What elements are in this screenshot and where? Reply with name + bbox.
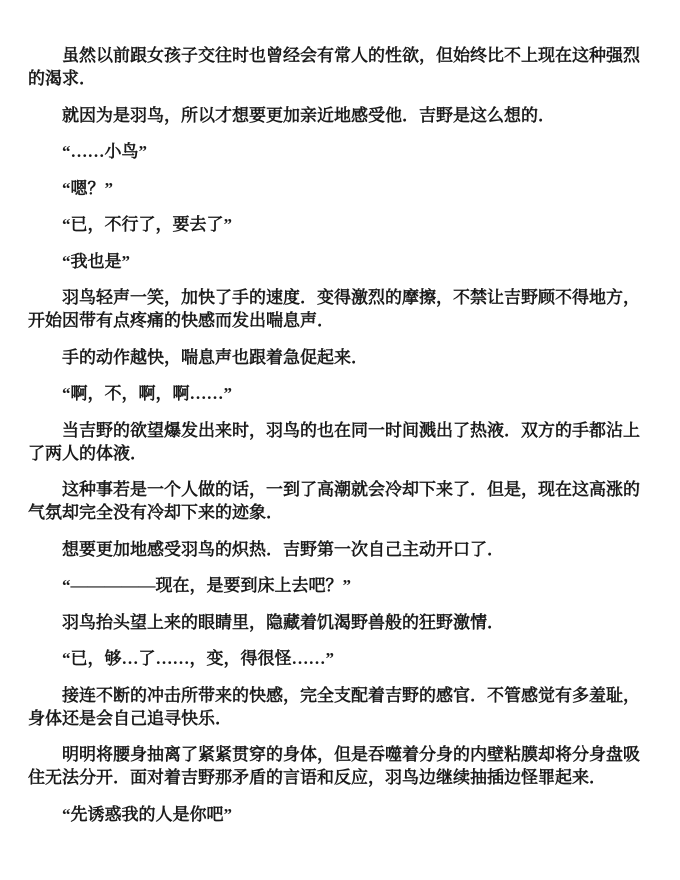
dialogue-line: “啊，不，啊，啊……” xyxy=(28,382,640,405)
narration-paragraph: 羽鸟抬头望上来的眼睛里，隐藏着饥渴野兽般的狂野激情． xyxy=(28,611,640,634)
narration-paragraph: 接连不断的冲击所带来的快感，完全支配着吉野的感官．不管感觉有多羞耻，身体还是会自… xyxy=(28,684,640,730)
narration-paragraph: 手的动作越快，喘息声也跟着急促起来． xyxy=(28,346,640,369)
narration-paragraph: 虽然以前跟女孩子交往时也曾经会有常人的性欲，但始终比不上现在这种强烈的渴求． xyxy=(28,44,640,90)
dialogue-line: “已，够…了……，变，得很怪……” xyxy=(28,647,640,670)
dialogue-line: “我也是” xyxy=(28,250,640,273)
narration-paragraph: 明明将腰身抽离了紧紧贯穿的身体，但是吞噬着分身的内壁粘膜却将分身盘吸住无法分开．… xyxy=(28,743,640,789)
narration-paragraph: 羽鸟轻声一笑，加快了手的速度．变得激烈的摩擦，不禁让吉野顾不得地方，开始因带有点… xyxy=(28,286,640,332)
dialogue-line: “先诱惑我的人是你吧” xyxy=(28,803,640,826)
narration-paragraph: 想要更加地感受羽鸟的炽热．吉野第一次自己主动开口了． xyxy=(28,538,640,561)
narration-paragraph: 当吉野的欲望爆发出来时，羽鸟的也在同一时间溅出了热液．双方的手都沾上了两人的体液… xyxy=(28,419,640,465)
dialogue-line: “已，不行了，要去了” xyxy=(28,213,640,236)
dialogue-line: “……小鸟” xyxy=(28,140,640,163)
narration-paragraph: 就因为是羽鸟，所以才想要更加亲近地感受他．吉野是这么想的． xyxy=(28,104,640,127)
dialogue-line: “—————现在，是要到床上去吧？” xyxy=(28,574,640,597)
document-page: 虽然以前跟女孩子交往时也曾经会有常人的性欲，但始终比不上现在这种强烈的渴求． 就… xyxy=(0,0,680,880)
narration-paragraph: 这种事若是一个人做的话，一到了高潮就会冷却下来了．但是，现在这高涨的气氛却完全没… xyxy=(28,478,640,524)
dialogue-line: “嗯？” xyxy=(28,177,640,200)
